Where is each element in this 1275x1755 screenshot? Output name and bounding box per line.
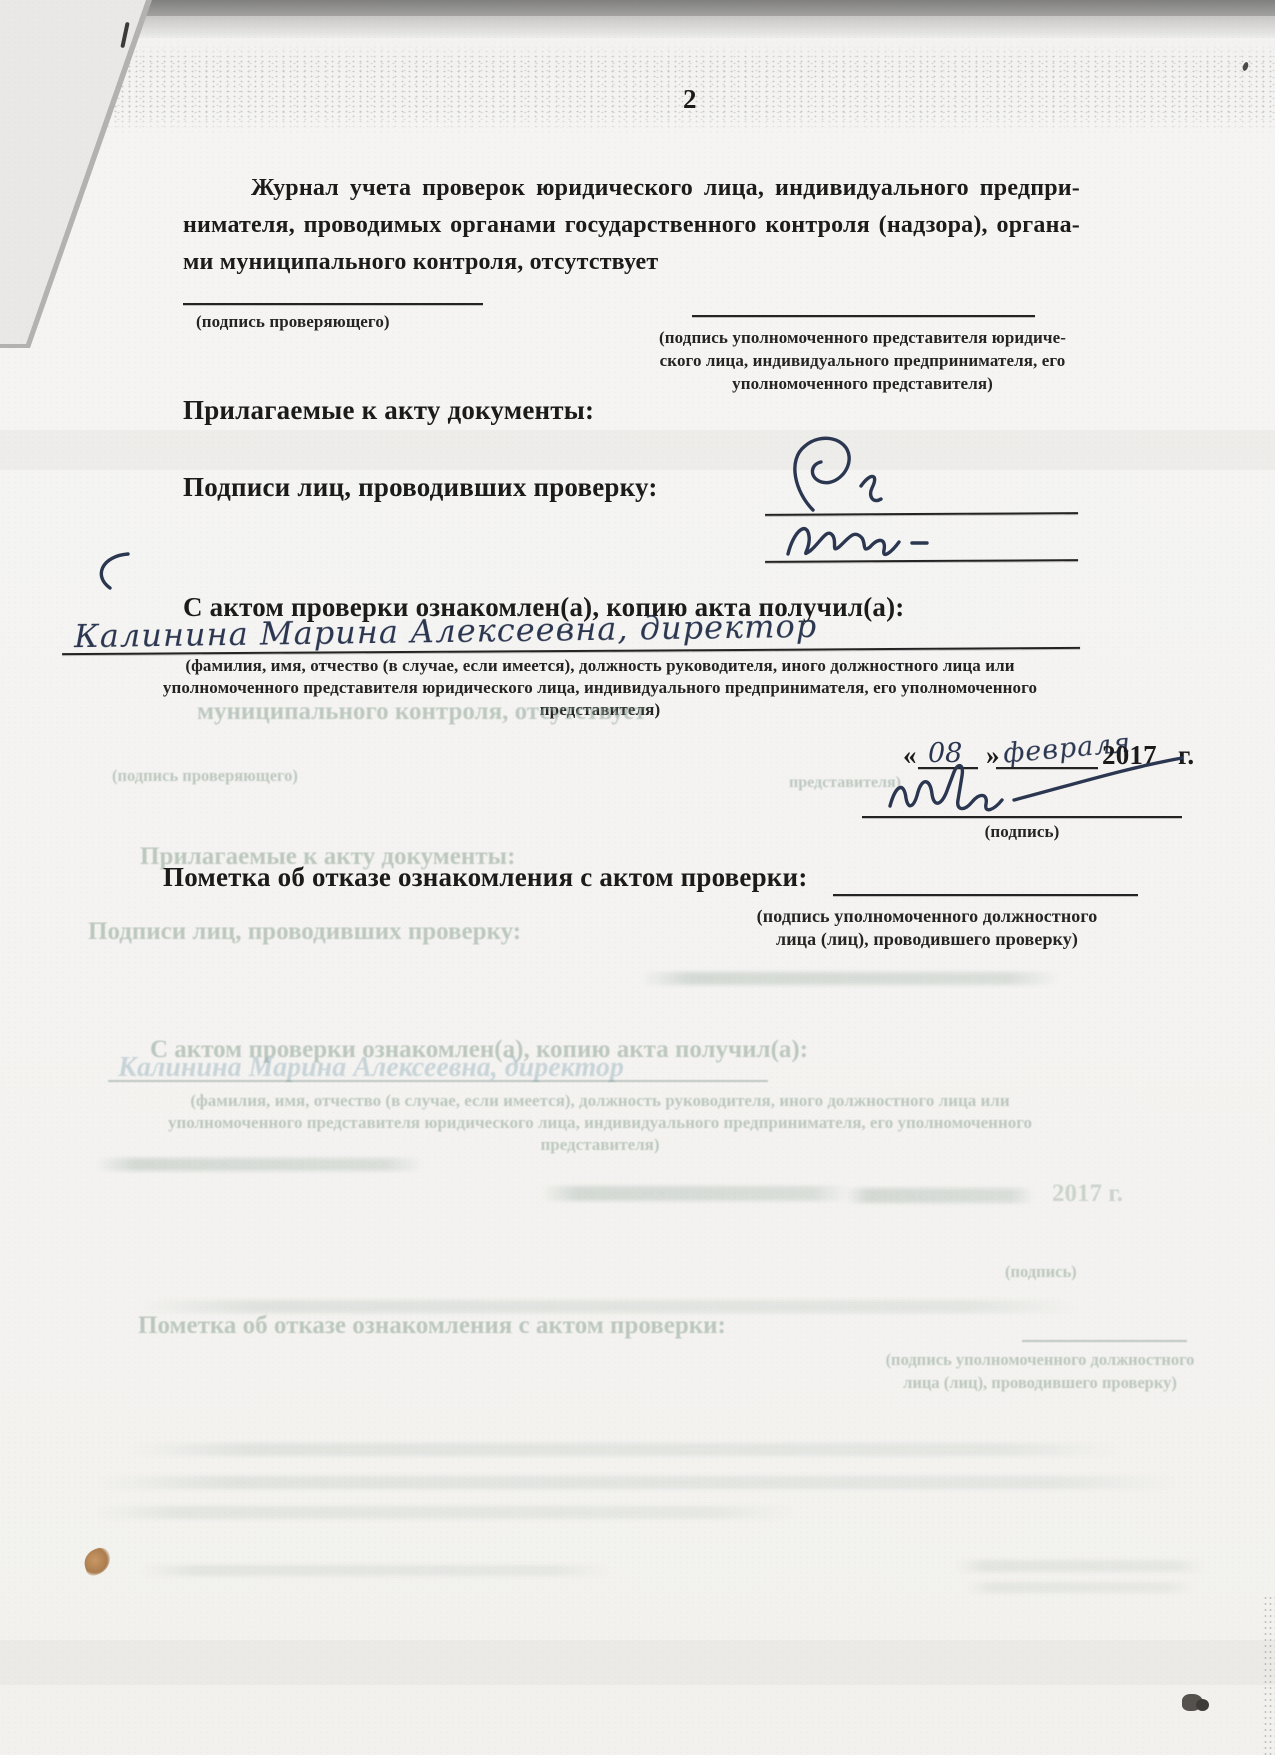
intro-paragraph-line: ми муниципального контроля, отсутствует [183, 244, 1080, 281]
ghost-caption-line: лица (лиц), проводившего проверку) [830, 1371, 1250, 1394]
attached-docs-label: Прилагаемые к акту документы: [183, 395, 594, 426]
representative-signature-caption: (подпись уполномоченного представителя ю… [640, 326, 1085, 395]
refusal-label: Пометка об отказе ознакомления с актом п… [163, 862, 808, 893]
official-signature-caption: (подпись) [862, 822, 1182, 842]
scan-noise-band [0, 44, 1275, 134]
ghost-caption-line: (фамилия, имя, отчество (в случае, если … [120, 1090, 1080, 1112]
scan-top-edge [0, 0, 1275, 16]
inspectors-label: Подписи лиц, проводивших проверку: [183, 472, 658, 503]
scan-top-edge-light [0, 16, 1275, 38]
inspector-signature-line [183, 277, 483, 305]
ghost-text: Пометка об отказе ознакомления с актом п… [138, 1312, 726, 1340]
refusal-caption: (подпись уполномоченного должностного ли… [702, 905, 1152, 951]
intro-paragraph-line: нимателя, проводимых органами государств… [183, 207, 1080, 244]
representative-signature-line [692, 289, 1035, 317]
ghost-line [1022, 1326, 1187, 1342]
ghost-caption: (подпись проверяющего) [112, 766, 298, 786]
ghost-text: муниципального контроля, отсутствует [197, 698, 646, 726]
ghost-smudge [140, 1565, 610, 1576]
scan-streak [0, 430, 1275, 470]
ghost-smudge [95, 1476, 1180, 1489]
scanned-document-page: 2 Журнал учета проверок юридического лиц… [0, 0, 1275, 1755]
ghost-smudge [965, 1582, 1195, 1593]
ghost-smudge [845, 1188, 1035, 1203]
ghost-smudge [540, 1186, 850, 1201]
inspector-signature-1 [775, 434, 905, 516]
ink-blot [1196, 1699, 1209, 1711]
ghost-smudge [955, 1560, 1205, 1572]
caption-line: (фамилия, имя, отчество (в случае, если … [120, 655, 1080, 677]
ghost-smudge [130, 1443, 1120, 1456]
caption-line: (подпись уполномоченного представителя ю… [640, 326, 1085, 349]
pen-curve-mark [88, 548, 134, 592]
ghost-caption: (фамилия, имя, отчество (в случае, если … [120, 1090, 1080, 1156]
inspector-signature-2 [780, 512, 965, 566]
name-line [62, 621, 1080, 655]
ghost-caption-line: представителя) [120, 1134, 1080, 1156]
ghost-caption: (подпись уполномоченного должностного ли… [830, 1348, 1250, 1394]
page-number: 2 [683, 84, 697, 115]
caption-line: (подпись уполномоченного должностного [702, 905, 1152, 928]
inspector-signature-caption: (подпись проверяющего) [196, 312, 390, 332]
caption-line: ского лица, индивидуального предпринимат… [640, 349, 1085, 372]
caption-line: лица (лиц), проводившего проверку) [702, 928, 1152, 951]
intro-paragraph: Журнал учета проверок юридического лица,… [183, 170, 1080, 281]
ghost-caption: (подпись) [1005, 1262, 1077, 1282]
ghost-text: Подписи лиц, проводивших проверку: [88, 918, 521, 946]
official-signature-line [862, 790, 1182, 818]
caption-line: уполномоченного представителя) [640, 372, 1085, 395]
paper-stain [81, 1545, 114, 1577]
ghost-caption-line: (подпись уполномоченного должностного [830, 1348, 1250, 1371]
refusal-line [833, 868, 1138, 896]
scan-edge-noise [1263, 1595, 1275, 1755]
scan-streak [0, 1640, 1275, 1685]
ghost-caption-line: уполномоченного представителя юридическо… [120, 1112, 1080, 1134]
ghost-line [108, 1058, 768, 1082]
ghost-smudge [95, 1506, 795, 1519]
ghost-text: 2017 г. [1052, 1180, 1123, 1208]
caption-line: уполномоченного представителя юридическо… [120, 677, 1080, 699]
ghost-smudge [640, 972, 1060, 985]
intro-paragraph-line: Журнал учета проверок юридического лица,… [183, 170, 1080, 207]
ghost-smudge [95, 1158, 425, 1171]
